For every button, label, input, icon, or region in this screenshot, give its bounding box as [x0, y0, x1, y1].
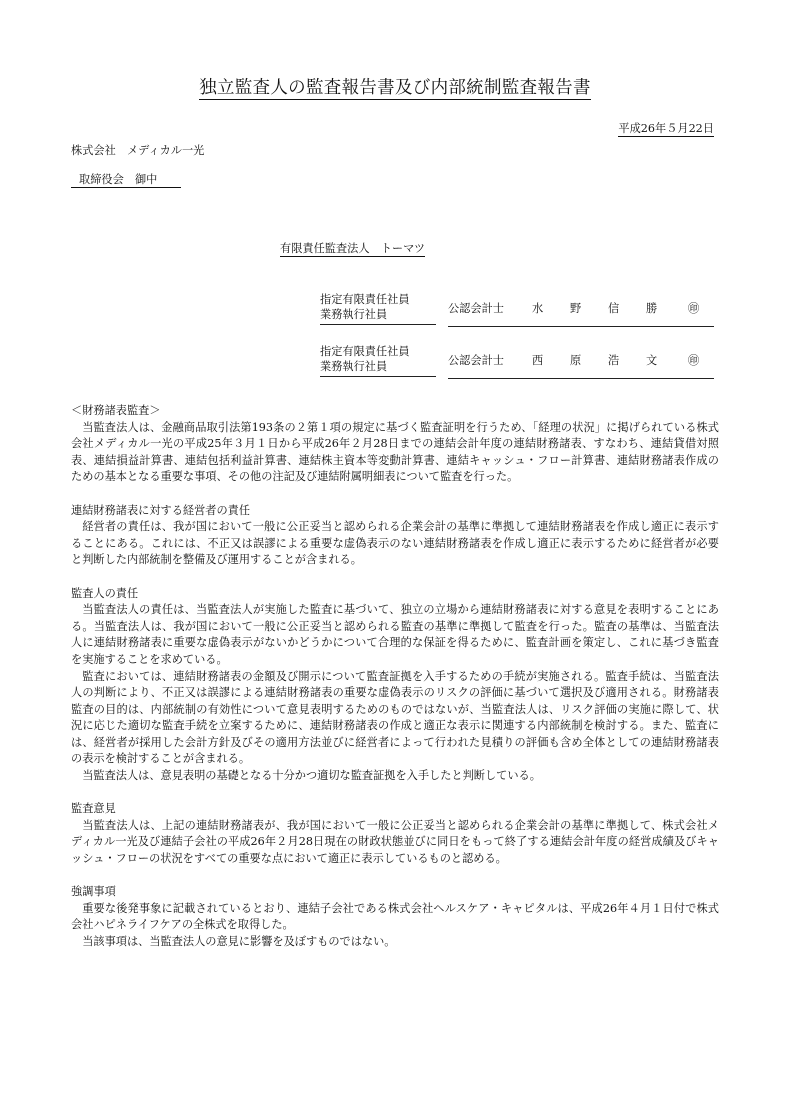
addressee-board: 取締役会 御中 — [71, 172, 181, 188]
section-emphasis-of-matter: 強調事項 重要な後発事象に記載されているとおり、連結子会社である株式会社ヘルスケ… — [71, 884, 719, 950]
section-paragraph: 当監査法人は、上記の連結財務諸表が、我が国において一般に公正妥当と認められる企業… — [71, 818, 719, 868]
section-heading: 監査人の責任 — [71, 586, 719, 603]
section-heading: ＜財務諸表監査＞ — [71, 403, 719, 420]
section-paragraph: 当監査法人は、意見表明の基礎となる十分かつ適切な監査証拠を入手したと判断している… — [71, 768, 719, 785]
signatory-title: 公認会計士 — [448, 300, 504, 318]
signatory-signature-line: 公認会計士 西 原 浩 文 ㊞ — [448, 344, 714, 379]
section-audit-opinion: 監査意見 当監査法人は、上記の連結財務諸表が、我が国において一般に公正妥当と認め… — [71, 801, 719, 867]
section-paragraph: 重要な後発事象に記載されているとおり、連結子会社である株式会社ヘルスケア・キャピ… — [71, 901, 719, 934]
signatory-name-char: 原 — [570, 352, 581, 370]
signatory-title: 公認会計士 — [448, 352, 504, 370]
signatory-role-line1: 指定有限責任社員 — [320, 344, 436, 359]
signatory-role: 指定有限責任社員 業務執行社員 — [320, 292, 436, 325]
section-management-responsibility: 連結財務諸表に対する経営者の責任 経営者の責任は、我が国において一般に公正妥当と… — [71, 503, 719, 569]
signatory-name-char: 西 — [532, 352, 543, 370]
document-title-text: 独立監査人の監査報告書及び内部統制監査報告書 — [199, 78, 591, 100]
signatory-block: 指定有限責任社員 業務執行社員 公認会計士 西 原 浩 文 ㊞ — [320, 344, 714, 384]
signatory-role-line2: 業務執行社員 — [320, 307, 436, 322]
signatory-signature-line: 公認会計士 水 野 信 勝 ㊞ — [448, 292, 714, 327]
section-paragraph: 当監査法人の責任は、当監査法人が実施した監査に基づいて、独立の立場から連結財務諸… — [71, 602, 719, 668]
section-paragraph: 当監査法人は、金融商品取引法第193条の２第１項の規定に基づく監査証明を行うため… — [71, 420, 719, 486]
section-heading: 強調事項 — [71, 884, 719, 901]
signatory-name-char: 文 — [646, 352, 657, 370]
seal-icon: ㊞ — [688, 352, 699, 370]
seal-icon: ㊞ — [688, 300, 699, 318]
signatory-role-line2: 業務執行社員 — [320, 359, 436, 374]
report-body: ＜財務諸表監査＞ 当監査法人は、金融商品取引法第193条の２第１項の規定に基づく… — [71, 403, 719, 951]
signatory-name-char: 信 — [608, 300, 619, 318]
section-financial-statement-audit: ＜財務諸表監査＞ 当監査法人は、金融商品取引法第193条の２第１項の規定に基づく… — [71, 403, 719, 486]
signatory-name-char: 野 — [570, 300, 581, 318]
audit-firm-name: 有限責任監査法人 トーマツ — [280, 241, 425, 257]
signatory-role: 指定有限責任社員 業務執行社員 — [320, 344, 436, 377]
section-heading: 監査意見 — [71, 801, 719, 818]
section-paragraph: 監査においては、連結財務諸表の金額及び開示について監査証拠を入手するための手続が… — [71, 669, 719, 769]
addressee-company: 株式会社 メディカル一光 — [71, 142, 204, 160]
signatory-name-char: 浩 — [608, 352, 619, 370]
report-date: 平成26年５月22日 — [618, 122, 714, 137]
signatory-name-char: 水 — [532, 300, 543, 318]
signatory-name-char: 勝 — [646, 300, 657, 318]
section-heading: 連結財務諸表に対する経営者の責任 — [71, 503, 719, 520]
document-title: 独立監査人の監査報告書及び内部統制監査報告書 — [0, 74, 790, 99]
signatory-block: 指定有限責任社員 業務執行社員 公認会計士 水 野 信 勝 ㊞ — [320, 292, 714, 332]
section-paragraph: 当該事項は、当監査法人の意見に影響を及ぼすものではない。 — [71, 934, 719, 951]
signatory-role-line1: 指定有限責任社員 — [320, 292, 436, 307]
section-auditor-responsibility: 監査人の責任 当監査法人の責任は、当監査法人が実施した監査に基づいて、独立の立場… — [71, 586, 719, 785]
section-paragraph: 経営者の責任は、我が国において一般に公正妥当と認められる企業会計の基準に準拠して… — [71, 519, 719, 569]
